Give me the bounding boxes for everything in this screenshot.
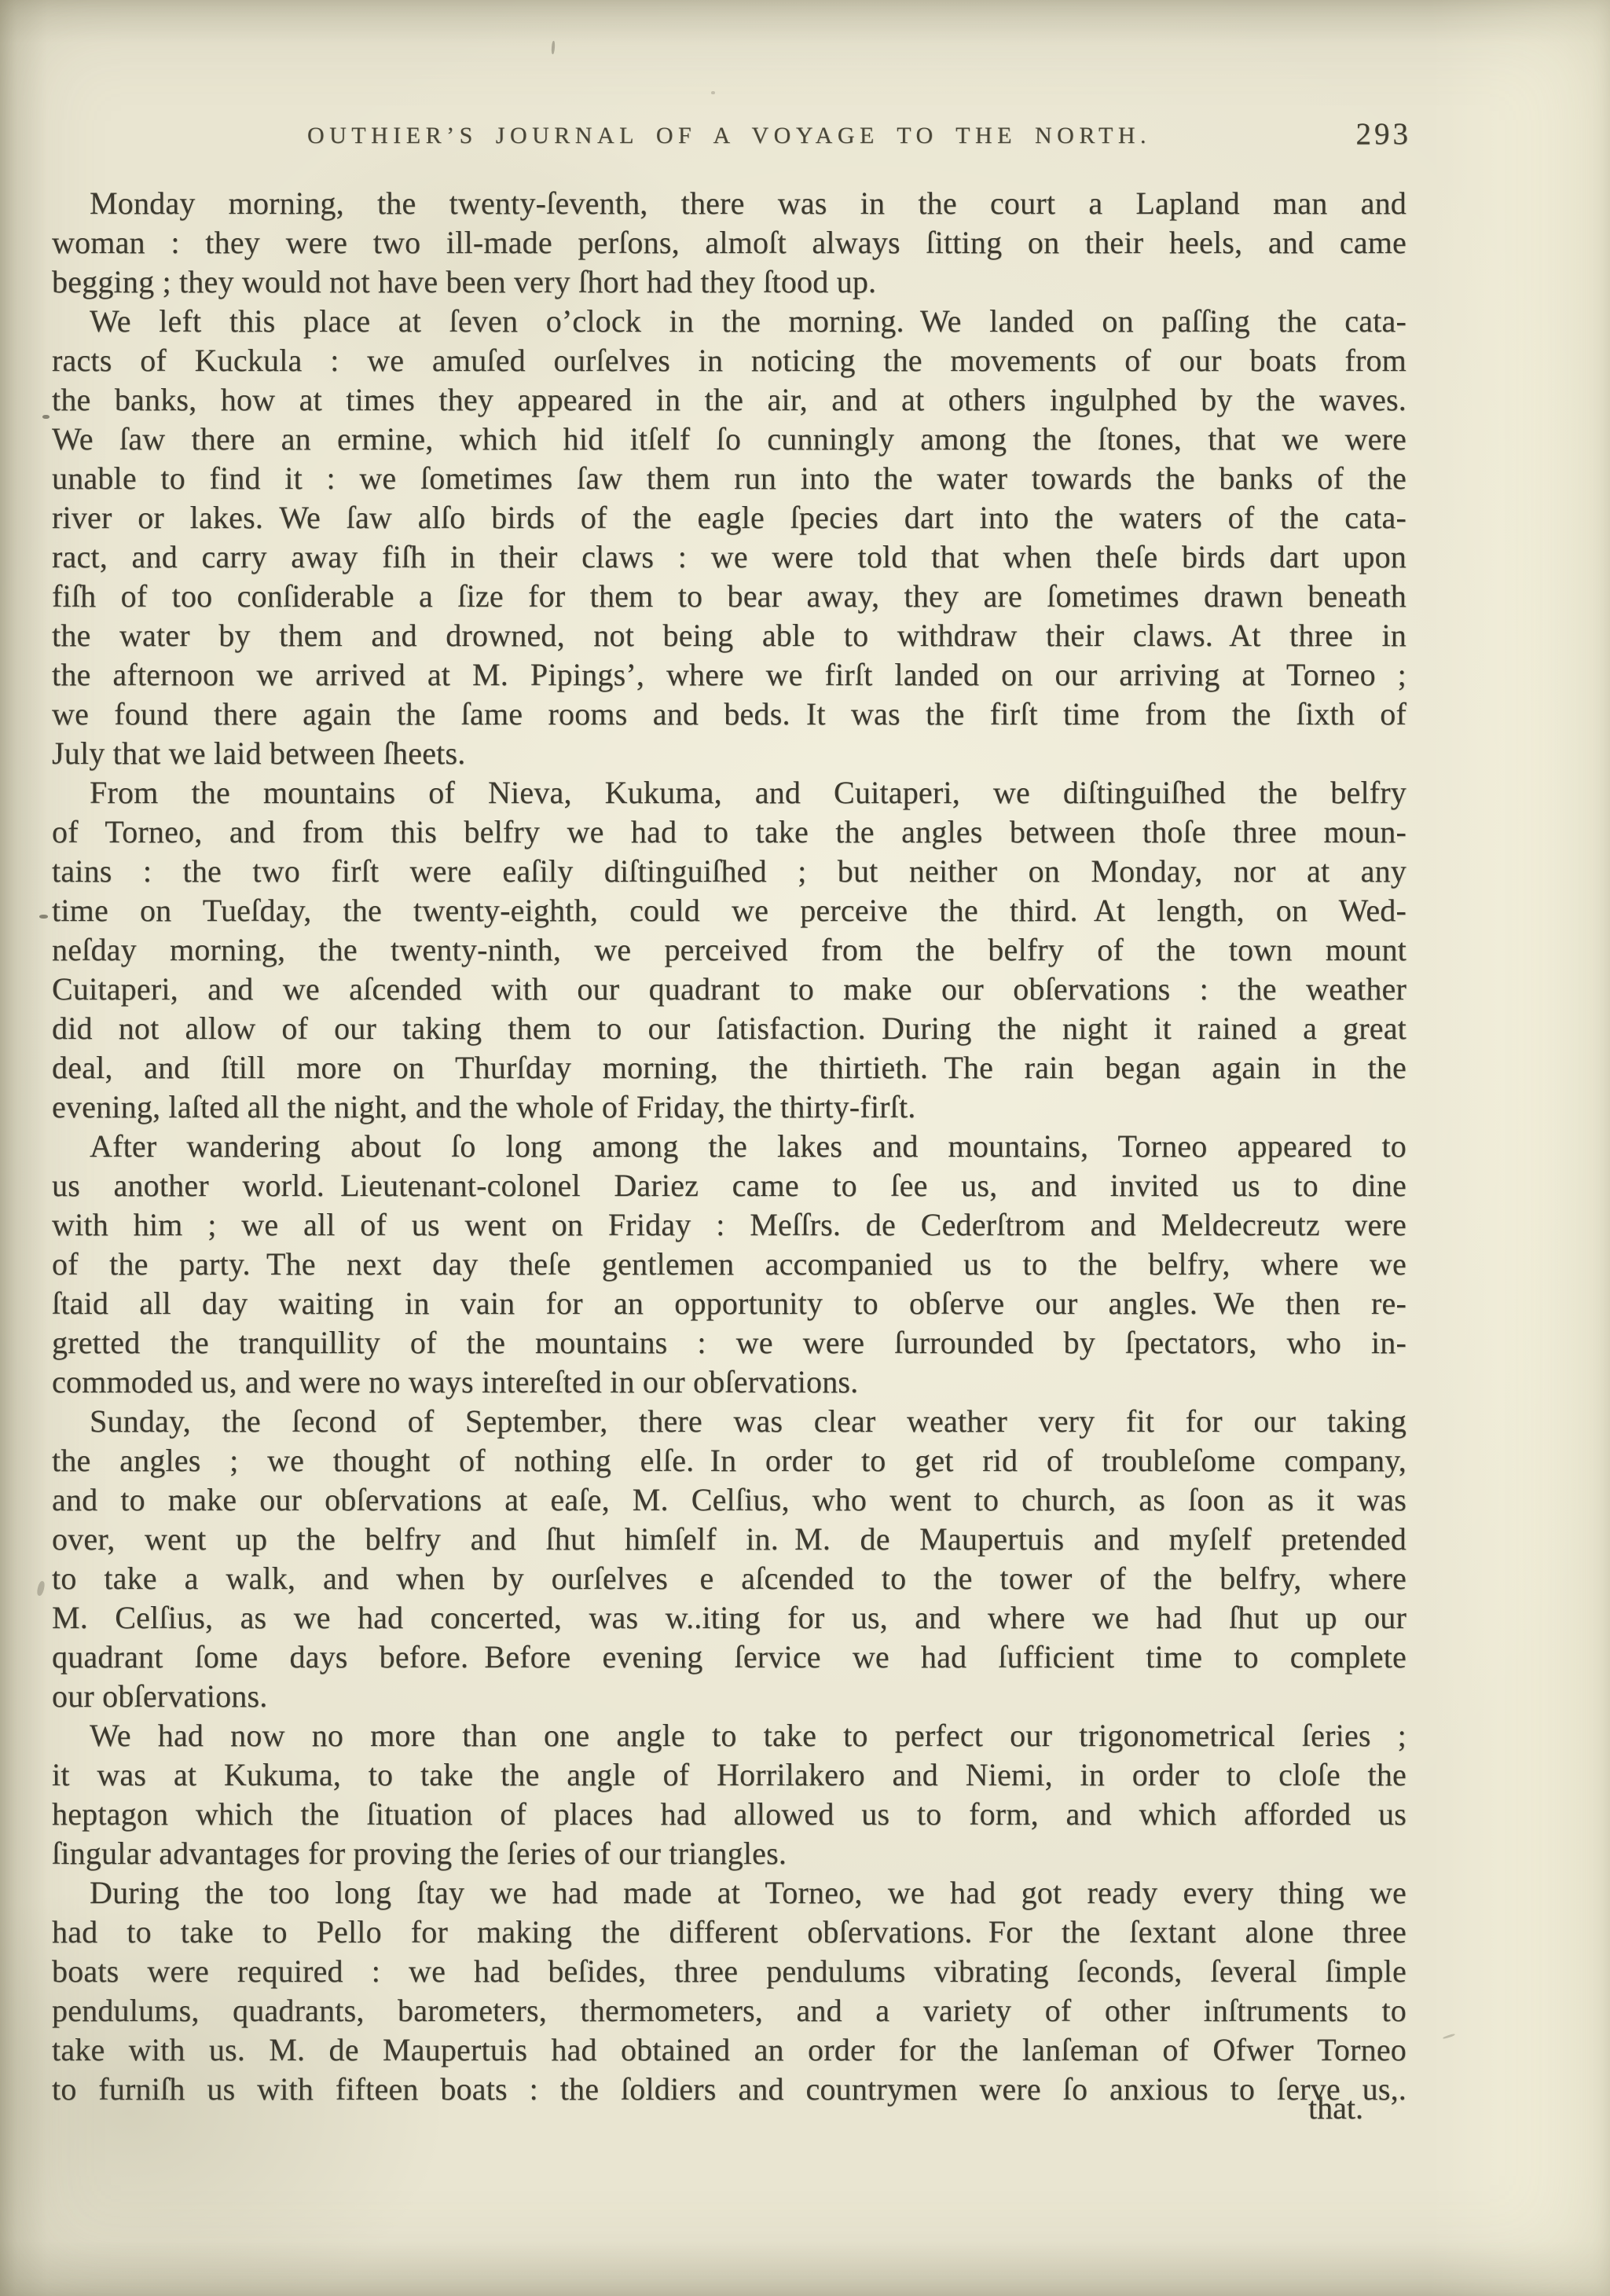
text-line: neſday morning, the twenty-ninth, we per… bbox=[52, 930, 1406, 970]
text-line: the water by them and drowned, not being… bbox=[52, 616, 1406, 655]
text-line: tains : the two firſt were eaſily diſtin… bbox=[52, 852, 1406, 891]
paragraph: Sunday, the ſecond of September, there w… bbox=[52, 1402, 1406, 1716]
paragraph: During the too long ſtay we had made at … bbox=[52, 1873, 1406, 2109]
text-line: We had now no more than one angle to tak… bbox=[52, 1716, 1406, 1755]
paragraph: Monday morning, the twenty-ſeventh, ther… bbox=[52, 184, 1406, 302]
text-line: ract, and carry away fiſh in their claws… bbox=[52, 537, 1406, 577]
text-line: begging ; they would not have been very … bbox=[52, 262, 1406, 302]
running-title: OUTHIER’S JOURNAL OF A VOYAGE TO THE NOR… bbox=[52, 123, 1406, 149]
text-line: we found there again the ſame rooms and … bbox=[52, 695, 1406, 734]
text-line: take with us. M. de Maupertuis had obtai… bbox=[52, 2030, 1406, 2070]
text-line: river or lakes. We ſaw alſo birds of the… bbox=[52, 498, 1406, 537]
text-line: racts of Kuckula : we amuſed ourſelves i… bbox=[52, 341, 1406, 380]
text-line: From the mountains of Nieva, Kukuma, and… bbox=[52, 773, 1406, 812]
text-line: the afternoon we arrived at M. Pipings’,… bbox=[52, 655, 1406, 695]
catchword: that. bbox=[1308, 2090, 1363, 2125]
text-line: July that we laid between ſheets. bbox=[52, 734, 1406, 773]
text-line: over, went up the belfry and ſhut himſel… bbox=[52, 1520, 1406, 1559]
text-line: M. Celſius, as we had concerted, was w..… bbox=[52, 1598, 1406, 1638]
paragraph: After wandering about ſo long among the … bbox=[52, 1127, 1406, 1402]
paper-speck bbox=[711, 91, 715, 94]
text-line: time on Tueſday, the twenty-eighth, coul… bbox=[52, 891, 1406, 930]
text-line: deal, and ſtill more on Thurſday morning… bbox=[52, 1048, 1406, 1087]
paper-speck bbox=[1443, 2034, 1455, 2040]
text-line: quadrant ſome days before. Before evenin… bbox=[52, 1638, 1406, 1677]
text-line: Sunday, the ſecond of September, there w… bbox=[52, 1402, 1406, 1441]
text-line: the banks, how at times they appeared in… bbox=[52, 380, 1406, 420]
text-line: commoded us, and were no ways intereſted… bbox=[52, 1363, 1406, 1402]
text-line: to take a walk, and when by ourſelves e … bbox=[52, 1559, 1406, 1598]
text-line: ſingular advantages for proving the ſeri… bbox=[52, 1834, 1406, 1873]
paragraph: We left this place at ſeven o’clock in t… bbox=[52, 302, 1406, 773]
text-line: us another world. Lieutenant-colonel Dar… bbox=[52, 1166, 1406, 1205]
catchword-row: that. bbox=[52, 2089, 1406, 2128]
text-line: heptagon which the ſituation of places h… bbox=[52, 1795, 1406, 1834]
text-line: We ſaw there an ermine, which hid itſelf… bbox=[52, 420, 1406, 459]
text-line: ſtaid all day waiting in vain for an opp… bbox=[52, 1284, 1406, 1323]
page-number: 293 bbox=[1356, 116, 1412, 152]
page-header: OUTHIER’S JOURNAL OF A VOYAGE TO THE NOR… bbox=[52, 123, 1406, 160]
text-line: After wandering about ſo long among the … bbox=[52, 1127, 1406, 1166]
text-line: Cuitaperi, and we aſcended with our quad… bbox=[52, 970, 1406, 1009]
text-line: and to make our obſervations at eaſe, M.… bbox=[52, 1480, 1406, 1520]
paragraph: From the mountains of Nieva, Kukuma, and… bbox=[52, 773, 1406, 1127]
paragraph: We had now no more than one angle to tak… bbox=[52, 1716, 1406, 1873]
paper-speck bbox=[39, 915, 48, 919]
text-line: fiſh of too conſiderable a ſize for them… bbox=[52, 577, 1406, 616]
text-line: unable to find it : we ſometimes ſaw the… bbox=[52, 459, 1406, 498]
text-line: evening, laſted all the night, and the w… bbox=[52, 1087, 1406, 1127]
page-body: Monday morning, the twenty-ſeventh, ther… bbox=[52, 184, 1406, 2109]
text-line: had to take to Pello for making the diff… bbox=[52, 1913, 1406, 1952]
text-line: with him ; we all of us went on Friday :… bbox=[52, 1205, 1406, 1245]
text-line: During the too long ſtay we had made at … bbox=[52, 1873, 1406, 1913]
paper-speck bbox=[42, 415, 50, 419]
text-block: OUTHIER’S JOURNAL OF A VOYAGE TO THE NOR… bbox=[52, 0, 1406, 2296]
text-line: pendulums, quadrants, barometers, thermo… bbox=[52, 1991, 1406, 2030]
text-line: our obſervations. bbox=[52, 1677, 1406, 1716]
text-line: of Torneo, and from this belfry we had t… bbox=[52, 812, 1406, 852]
text-line: woman : they were two ill-made perſons, … bbox=[52, 223, 1406, 262]
book-page: OUTHIER’S JOURNAL OF A VOYAGE TO THE NOR… bbox=[0, 0, 1610, 2296]
text-line: Monday morning, the twenty-ſeventh, ther… bbox=[52, 184, 1406, 223]
text-line: gretted the tranquillity of the mountain… bbox=[52, 1323, 1406, 1363]
text-line: We left this place at ſeven o’clock in t… bbox=[52, 302, 1406, 341]
text-line: of the party. The next day theſe gentlem… bbox=[52, 1245, 1406, 1284]
text-line: the angles ; we thought of nothing elſe.… bbox=[52, 1441, 1406, 1480]
paper-speck bbox=[36, 1580, 46, 1596]
text-line: it was at Kukuma, to take the angle of H… bbox=[52, 1755, 1406, 1795]
text-line: boats were required : we had beſides, th… bbox=[52, 1952, 1406, 1991]
text-line: did not allow of our taking them to our … bbox=[52, 1009, 1406, 1048]
